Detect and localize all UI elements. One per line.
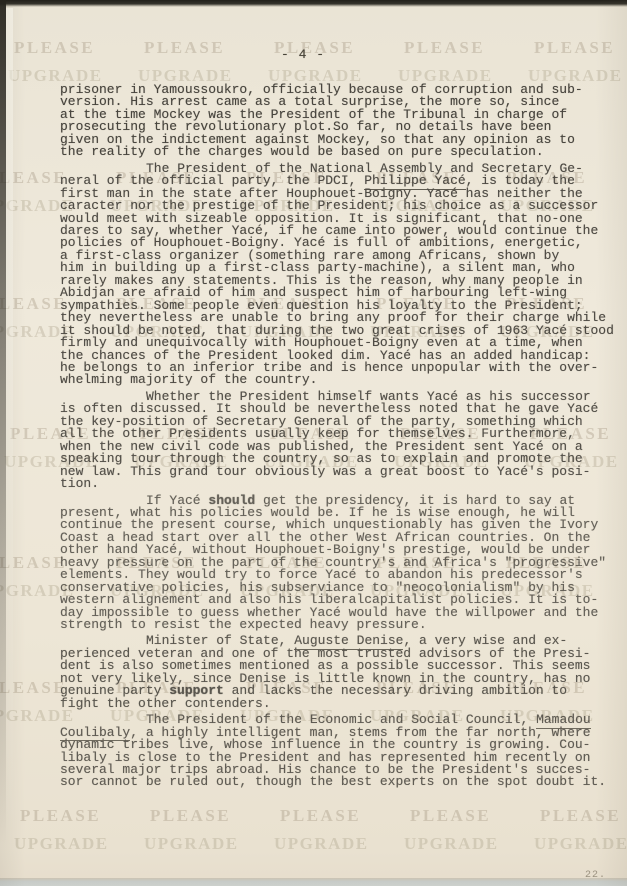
typed-line: strength to resist the expected heavy pr… (60, 619, 627, 631)
watermark-word: UPGRADE (404, 834, 534, 854)
watermark-word: PLEASE (534, 38, 627, 58)
document-body: prisoner in Yamoussoukro, officially bec… (60, 84, 627, 793)
page-number: - 4 - (281, 47, 325, 62)
watermark-word: PLEASE (20, 806, 150, 826)
paragraph: If Yacé should get the presidency, it is… (60, 495, 627, 632)
paragraph: Minister of State, Auguste Denise, a ver… (60, 635, 627, 710)
typed-line: sor cannot be ruled out, though the best… (60, 776, 627, 788)
watermark-word: UPGRADE (144, 834, 274, 854)
watermark-row: UPGRADEUPGRADEUPGRADEUPGRADEUPGRADEUPGRA… (14, 834, 627, 854)
scan-edge-bottom (0, 878, 627, 886)
watermark-word: PLEASE (14, 38, 144, 58)
typed-line: new law. This grand tour obviously was a… (60, 466, 627, 478)
watermark-word: PLEASE (280, 806, 410, 826)
watermark-word: PLEASE (150, 806, 280, 826)
watermark-word: PLEASE (410, 806, 540, 826)
typed-line: fight the other contenders. (60, 698, 627, 710)
watermark-word: PLEASE (540, 806, 627, 826)
watermark-word: UPGRADE (14, 834, 144, 854)
watermark-word: UPGRADE (534, 834, 627, 854)
watermark-word: PLEASE (144, 38, 274, 58)
watermark-row: PLEASEPLEASEPLEASEPLEASEPLEASEPLEASE (20, 806, 627, 826)
paragraph: prisoner in Yamoussoukro, officially bec… (60, 84, 627, 159)
paragraph: Whether the President himself wants Yacé… (60, 391, 627, 491)
typed-line: whelming majority of the country. (60, 374, 627, 386)
scan-edge-top (0, 0, 627, 7)
paragraph: The President of the National Assembly a… (60, 163, 627, 387)
scan-edge-left-highlight (6, 8, 13, 838)
typed-line: the reality of the charges would be base… (60, 146, 627, 158)
typed-line: tion. (60, 478, 627, 490)
paragraph: The President of the Economic and Social… (60, 714, 627, 789)
watermark-word: PLEASE (404, 38, 534, 58)
watermark-word: UPGRADE (274, 834, 404, 854)
scanned-document-page: PLEASEPLEASEPLEASEPLEASEPLEASEPLEASEUPGR… (0, 0, 627, 886)
